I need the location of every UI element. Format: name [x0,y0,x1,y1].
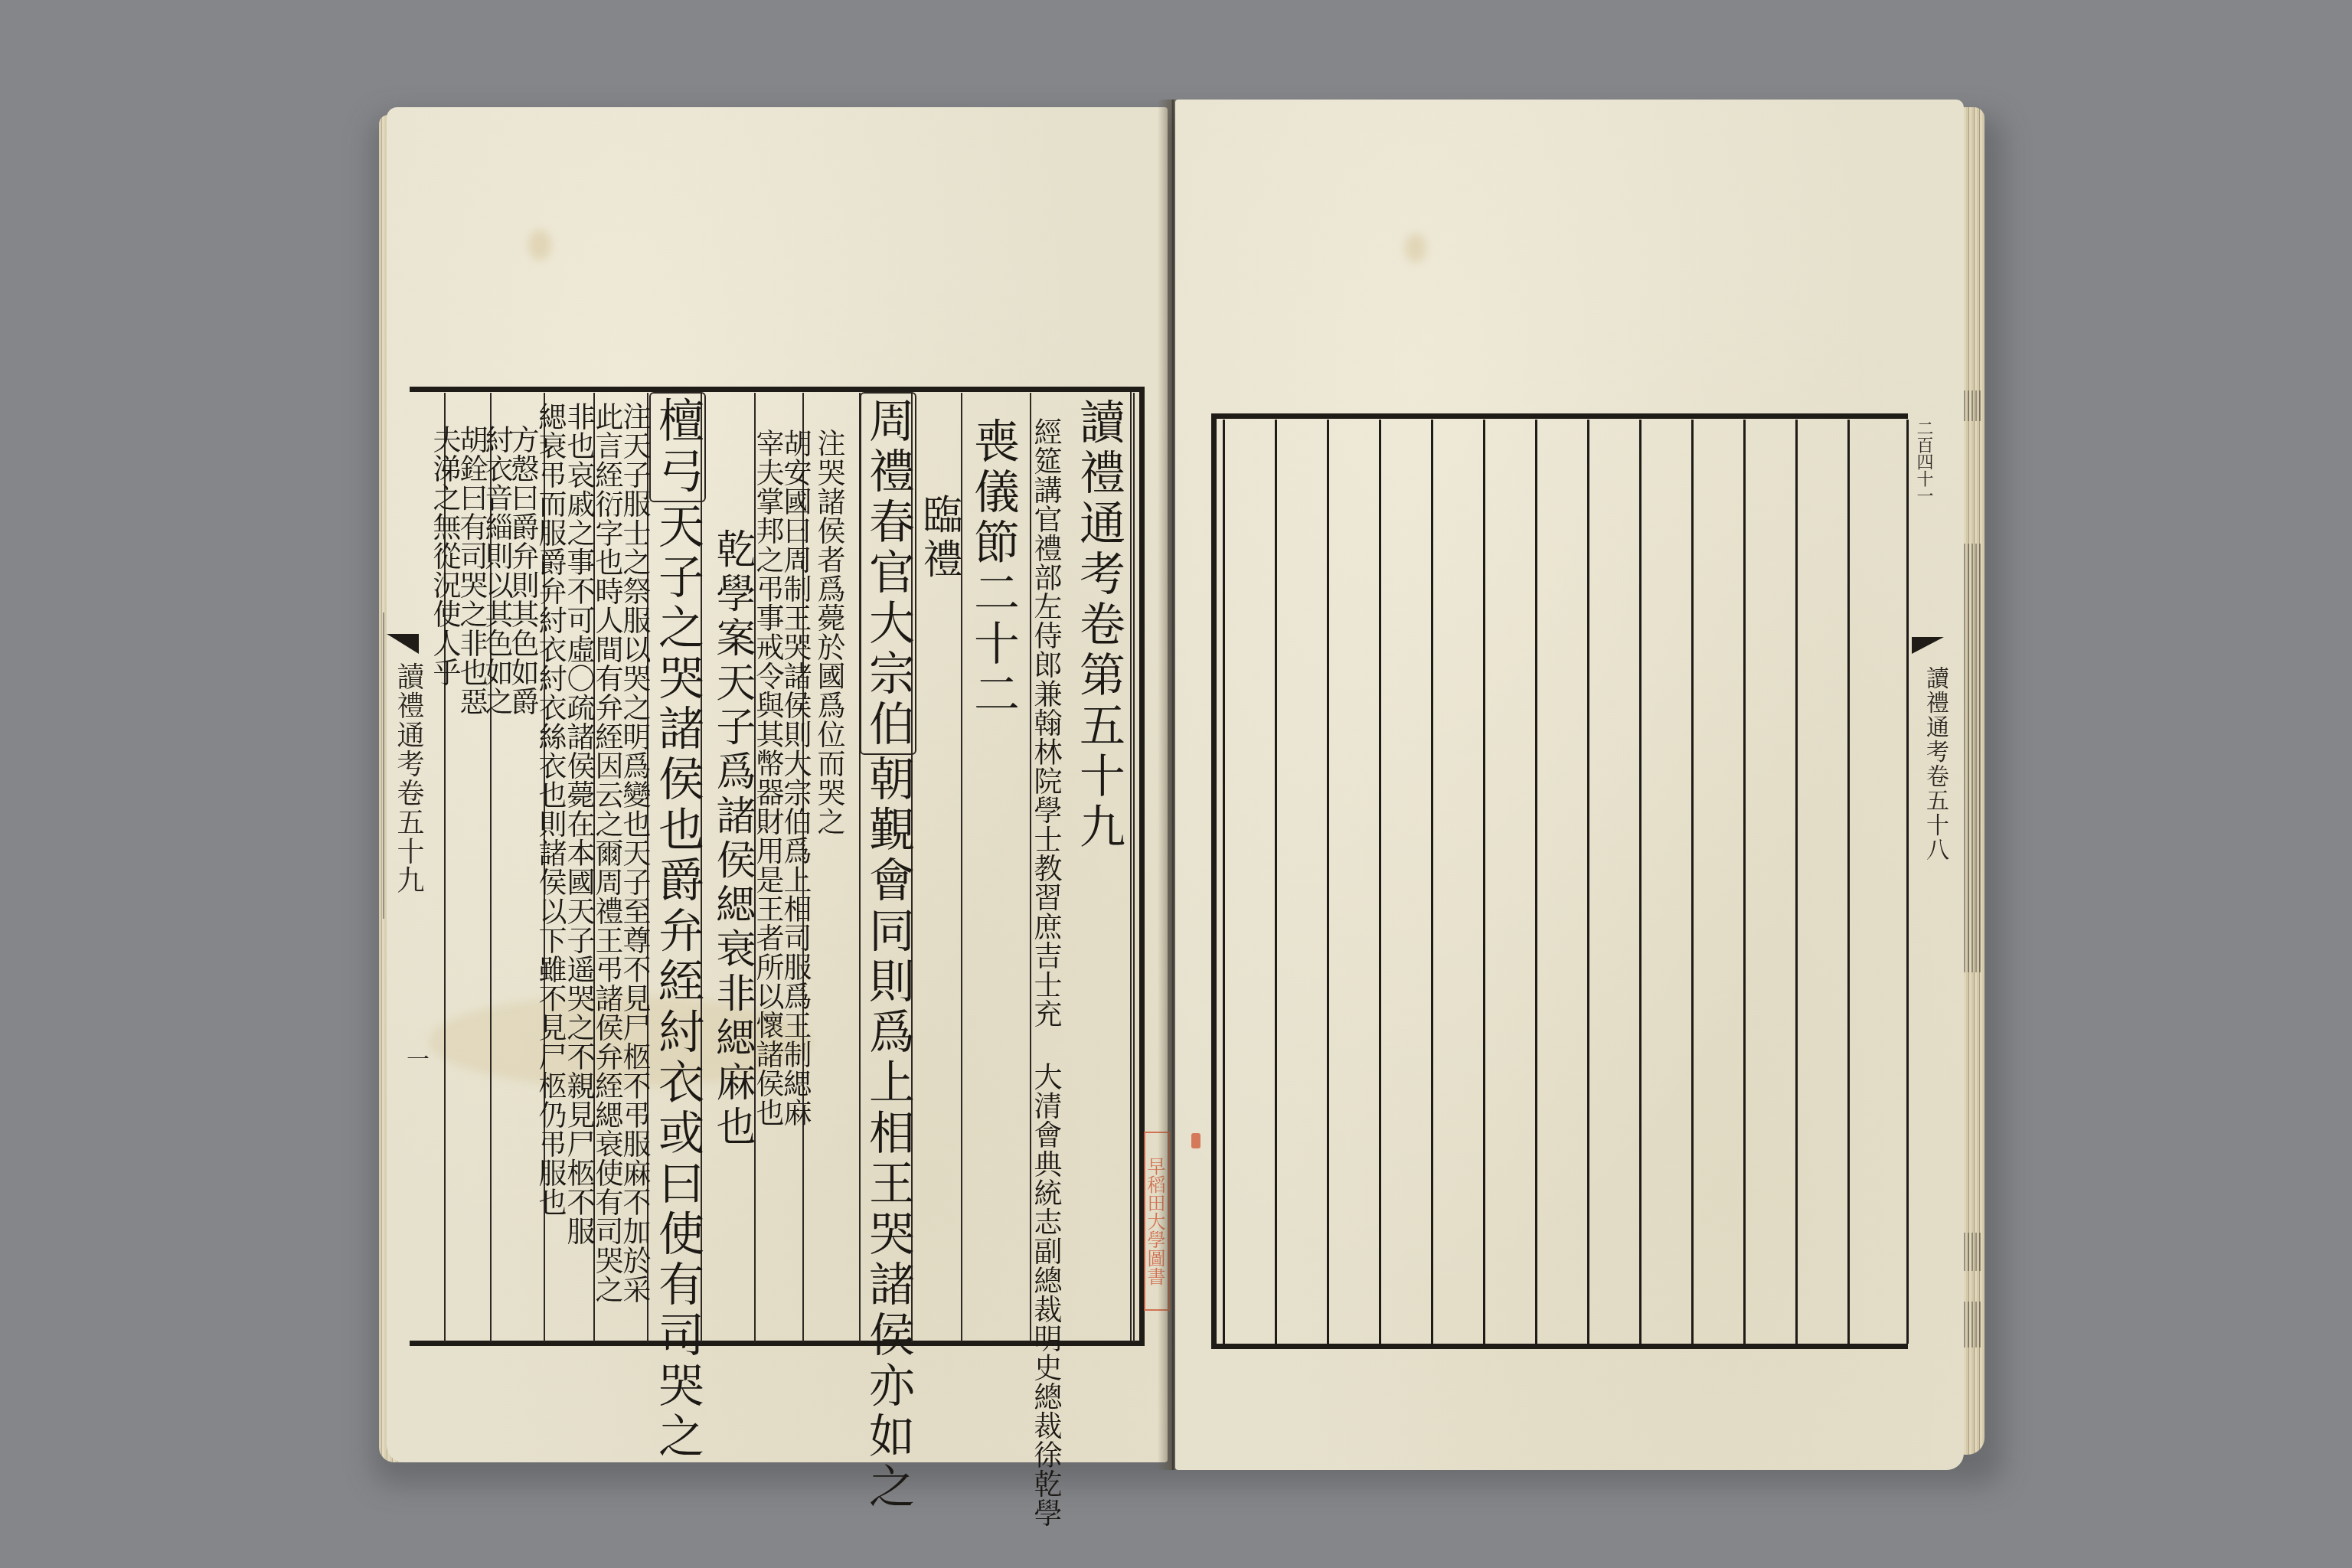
right-print-frame [1211,413,1908,1349]
note-1-middle: 胡安國曰周制王哭諸侯則大宗伯爲上相司服爲王制緦麻 [779,429,810,1127]
banxin-title-right: 讀禮通考卷五十八 [1918,666,1952,862]
banxin-title: 讀禮通考卷五十九 [389,662,428,895]
ruled-line [1639,420,1641,1344]
fish-tail-mark [1912,637,1944,654]
source-citation: 周禮春官大宗伯 [860,392,916,755]
main-text-2-body: 天子之哭諸侯也爵弁絰紂衣或曰使有司哭之 [651,502,704,1462]
ruled-line [1535,420,1537,1344]
seal-fragment [1191,1133,1200,1148]
note-2-col: 緦衰弔而服爵弁紂衣紂衣絲衣也則諸侯以下雖不見尸柩仍弔服也 [534,402,565,1217]
ruled-line [1379,420,1381,1344]
ruled-line [1906,420,1909,1344]
editor-commentary: 乾學案天子爲諸侯緦衰非緦麻也 [708,528,756,1150]
ruled-line [1795,420,1798,1344]
author-credit: 經筵講官禮部左侍郎兼翰林院學士教習庶吉士充 大清會典統志副總裁明史總裁徐乾學 [1030,417,1060,1336]
main-text-1-body: 朝覲會同則爲上相王哭諸侯亦如之 [861,755,915,1513]
folio-number: 一 [398,1047,432,1070]
note-1-right: 注哭諸侯者爲薨於國爲位而哭之 [813,429,844,836]
ruled-line [1327,420,1329,1344]
section-heading: 喪儀節二十二 [966,417,1020,720]
note-2-col: 夫涕之無從況使人乎 [429,425,459,687]
column-rule [1133,393,1135,1342]
note-2-col: 非也哀戚之事不可虛〇疏諸侯薨在本國天子遥哭之不親見尸柩不服 [563,402,593,1246]
ruled-line [1743,420,1746,1344]
note-2-col: 此言絰衍字也時人間有弁絰因云之爾周禮王弔諸侯弁絰緦衰使有司哭之 [591,402,622,1304]
ruled-line [1275,420,1277,1344]
main-text-2: 檀弓天子之哭諸侯也爵弁絰紂衣或曰使有司哭之 [651,392,704,1462]
ruled-line [1223,420,1225,1344]
ruled-line [1691,420,1694,1344]
foxing-spot [1405,234,1426,263]
source-citation: 檀弓 [649,392,706,502]
fish-tail-mark [387,634,419,654]
note-1-left: 宰夫掌邦之弔事戒令與其幣器財用是王者所以懷諸侯也 [752,429,782,1127]
ruled-line [1483,420,1485,1344]
ruled-line [1431,420,1433,1344]
margin-page-number: 二百四十一 [1912,420,1935,504]
main-text-1: 周禮春官大宗伯朝覲會同則爲上相王哭諸侯亦如之 [861,392,915,1513]
ruled-line [1587,420,1589,1344]
subsection-heading: 臨禮 [915,494,962,583]
volume-title: 讀禮通考卷第五十九 [1072,398,1125,853]
foxing-spot [528,230,551,260]
note-2-col: 注天子服士之祭服以哭之明爲變也天子至尊不見尸柩不弔服麻不加於采 [619,402,649,1304]
ruled-line [1847,420,1850,1344]
